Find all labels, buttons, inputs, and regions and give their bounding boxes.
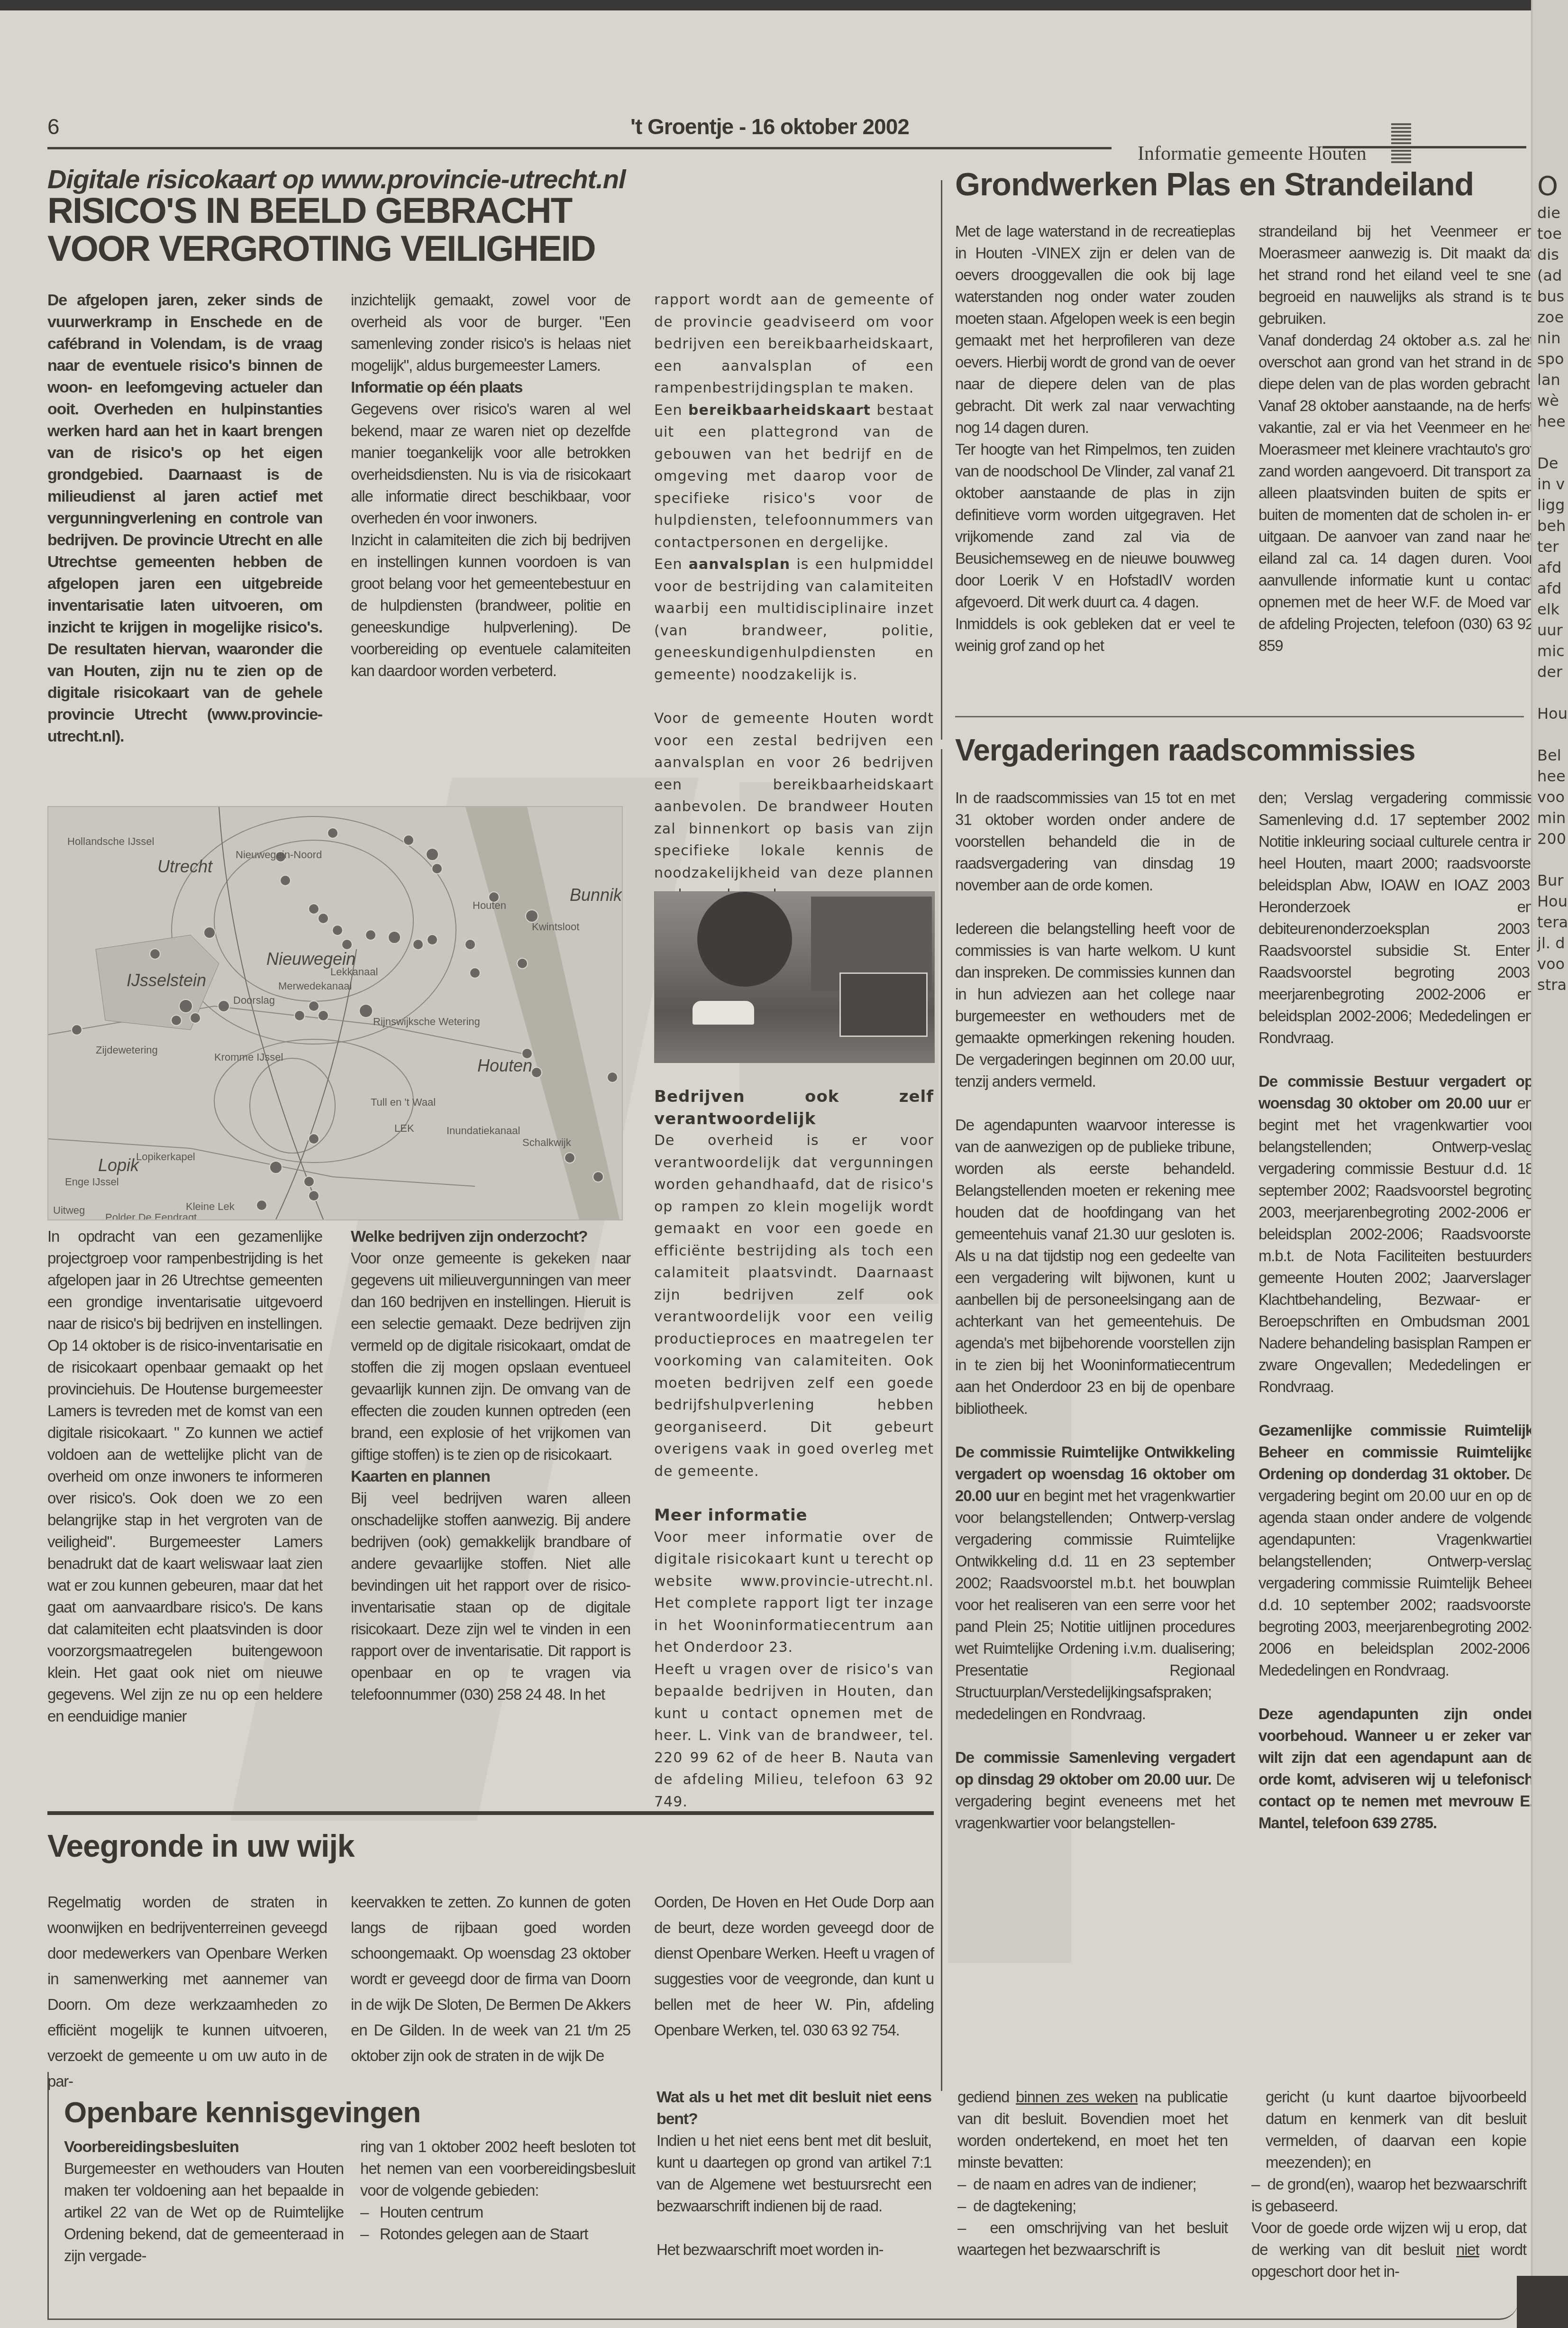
paragraph: rapport wordt aan de gemeente of de prov… xyxy=(654,289,934,400)
column-divider xyxy=(941,180,942,740)
grondwerken-column-2: strandeiland bij het Veenmeer en Moerasm… xyxy=(1258,220,1533,657)
paragraph: Inzicht in calamiteiten die zich bij bed… xyxy=(351,529,630,682)
fragment-line: voo xyxy=(1537,788,1565,806)
veegronde-column-2: keervakken te zetten. Zo kunnen de goten… xyxy=(351,1889,630,2069)
fragment-line: 200 xyxy=(1537,830,1566,848)
fragment-line: wè xyxy=(1537,392,1559,410)
map-label: Kwintsloot xyxy=(532,921,579,933)
map-label: Lopikerkapel xyxy=(136,1151,195,1163)
paragraph: Gegevens over risico's waren al wel beke… xyxy=(351,398,630,529)
map-label: IJsselstein xyxy=(127,971,206,990)
map-label: Inundatiekanaal xyxy=(447,1125,520,1137)
fragment-line: dis xyxy=(1537,246,1559,264)
paragraph: De commissie Ruimtelijke Ontwikkeling ve… xyxy=(955,1441,1235,1725)
scan-corner-shadow xyxy=(1517,2276,1568,2328)
fragment-line: Hou xyxy=(1537,705,1568,723)
map-label: Polder De Eendragt xyxy=(105,1211,197,1220)
map-label: Kromme IJssel xyxy=(214,1051,283,1063)
paragraph: Het bezwaarschrift moet worden in- xyxy=(656,2239,931,2261)
paragraph: Inmiddels is ook gebleken dat er veel te… xyxy=(955,613,1235,657)
paragraph: Voor de goede orde wijzen wij u erop, da… xyxy=(1251,2217,1526,2282)
fragment-line: Hou xyxy=(1537,892,1568,910)
kennisgevingen-column-1: Voorbereidingsbesluiten Burgemeester en … xyxy=(64,2136,344,2267)
fragment-line: nin xyxy=(1537,329,1560,347)
risico-lead: De afgelopen jaren, zeker sinds de vuurw… xyxy=(47,289,322,747)
agenda-note: Deze agendapunten zijn onder voorbehoud.… xyxy=(1258,1703,1533,1834)
list-item: – de naam en adres van de indiener; xyxy=(957,2173,1228,2195)
map-label: Bunnik xyxy=(570,885,622,905)
risico-lead-column: De afgelopen jaren, zeker sinds de vuurw… xyxy=(47,289,322,747)
fragment-line: stra xyxy=(1537,976,1567,994)
risico-column-2: inzichtelijk gemaakt, zowel voor de over… xyxy=(351,289,630,682)
fragment-line: O xyxy=(1537,171,1558,202)
raadscommissies-column-2: den; Verslag vergadering commissie Samen… xyxy=(1258,787,1533,1834)
fragment-line: hee xyxy=(1537,412,1566,431)
list-item: – Houten centrum xyxy=(360,2201,635,2223)
meeting-samenleving-heading: De commissie Samenleving vergadert op di… xyxy=(955,1749,1235,1788)
paragraph: Vanaf donderdag 24 oktober a.s. zal het … xyxy=(1258,330,1533,657)
fragment-line: afd xyxy=(1537,559,1561,577)
running-head: 't Groentje - 16 oktober 2002 xyxy=(630,114,909,139)
paragraph: Iedereen die belangstelling heeft voor d… xyxy=(955,918,1235,1092)
raadscommissies-title: Vergaderingen raadscommissies xyxy=(955,733,1415,768)
map-label: Rijnswijksche Wetering xyxy=(373,1016,480,1028)
subheading: Informatie op één plaats xyxy=(351,376,630,398)
header-rule xyxy=(47,147,1112,149)
paragraph: De commissie Bestuur vergadert op woensd… xyxy=(1258,1071,1533,1398)
paragraph: Gezamenlijke commissie Ruimtelijk Beheer… xyxy=(1258,1420,1533,1681)
fire-truck-photo xyxy=(654,891,935,1063)
paragraph: Met de lage waterstand in de recreatiepl… xyxy=(955,220,1235,439)
header-rule xyxy=(1322,146,1526,148)
paragraph: De commissie Samenleving vergadert op di… xyxy=(955,1747,1235,1834)
fragment-line: bus xyxy=(1537,287,1564,305)
fragment-line: spo xyxy=(1537,350,1564,368)
fragment-line: uur xyxy=(1537,621,1563,639)
subheading: Voorbereidingsbesluiten xyxy=(64,2136,344,2158)
fragment-line: Bur xyxy=(1537,871,1563,889)
map-label: Schalkwijk xyxy=(522,1137,571,1149)
fragment-line: afd xyxy=(1537,579,1561,597)
term-aanvalsplan: aanvalsplan xyxy=(689,556,790,573)
section-rule xyxy=(955,716,1524,717)
paragraph: Oorden, De Hoven en Het Oude Dorp aan de… xyxy=(654,1889,934,2043)
paragraph: Voor meer informatie over de digitale ri… xyxy=(654,1527,934,1659)
kennisgevingen-column-5: gericht (u kunt daartoe bijvoorbeeld dat… xyxy=(1251,2086,1526,2282)
page-number: 6 xyxy=(47,114,60,139)
map-label: Tull en 't Waal xyxy=(371,1096,436,1109)
photo-tree xyxy=(697,892,792,987)
paragraph: De agendapunten waarvoor interesse is va… xyxy=(955,1114,1235,1420)
paragraph: De overheid is er voor verantwoordelijk … xyxy=(654,1130,934,1483)
map-label: Houten xyxy=(477,1056,532,1076)
paragraph: Regelmatig worden de straten in woonwijk… xyxy=(47,1889,327,2094)
fragment-line: ligg xyxy=(1537,496,1565,514)
paragraph: ring van 1 oktober 2002 heeft besloten t… xyxy=(360,2136,635,2201)
section-rule xyxy=(47,1811,934,1815)
fragment-line: die xyxy=(1537,204,1560,222)
map-label: Merwedekanaal xyxy=(278,980,352,992)
map-label: Utrecht xyxy=(157,857,212,877)
list-item: – Rotondes gelegen aan de Staart xyxy=(360,2223,635,2245)
paragraph: den; Verslag vergadering commissie Samen… xyxy=(1258,787,1533,1049)
column-divider xyxy=(941,749,942,2091)
map-label: Zijdewetering xyxy=(96,1044,158,1056)
fragment-line: in v xyxy=(1537,475,1565,493)
paragraph: keervakken te zetten. Zo kunnen de goten… xyxy=(351,1889,630,2069)
paragraph: Een bereikbaarheidskaart bestaat uit een… xyxy=(654,400,934,554)
raadscommissies-column-1: In de raadscommissies van 15 tot en met … xyxy=(955,787,1235,1834)
paragraph: Een aanvalsplan is een hulpmiddel voor d… xyxy=(654,554,934,686)
fragment-line: lan xyxy=(1537,371,1560,389)
veegronde-column-1: Regelmatig worden de straten in woonwijk… xyxy=(47,1889,327,2094)
paragraph: In opdracht van een gezamenlijke project… xyxy=(47,1226,322,1727)
paragraph: gericht (u kunt daartoe bijvoorbeeld dat… xyxy=(1251,2086,1526,2173)
photo-car xyxy=(693,1001,754,1025)
paragraph: gediend binnen zes weken na publicatie v… xyxy=(957,2086,1228,2173)
map-label: Hollandsche IJssel xyxy=(67,835,154,848)
kennisgevingen-column-3: Wat als u het met dit besluit niet eens … xyxy=(656,2086,931,2261)
map-label: Houten xyxy=(473,899,506,912)
paragraph: Voor onze gemeente is gekeken naar gegev… xyxy=(351,1247,630,1466)
fragment-line: (ad xyxy=(1537,266,1562,284)
article-headline: RISICO'S IN BEELD GEBRACHT VOOR VERGROTI… xyxy=(47,192,595,268)
headline-line-2: VOOR VERGROTING VEILIGHEID xyxy=(47,230,595,268)
houten-crest-icon xyxy=(1391,122,1411,163)
map-label: Uitweg xyxy=(53,1204,85,1217)
map-label: Lopik xyxy=(98,1155,139,1175)
risico-column-3b: Bedrijven ook zelf verantwoordelijk De o… xyxy=(654,1086,934,1813)
niet-underline: niet xyxy=(1456,2241,1479,2258)
fragment-line: min xyxy=(1537,809,1566,827)
grondwerken-column-1: Met de lage waterstand in de recreatiepl… xyxy=(955,220,1235,657)
list-item: – de dagtekening; xyxy=(957,2195,1228,2217)
list-item: – een omschrijving van het besluit waart… xyxy=(957,2217,1228,2261)
fragment-line: beh xyxy=(1537,517,1566,535)
risico-column-3: rapport wordt aan de gemeente of de prov… xyxy=(654,289,934,907)
paragraph: Bij veel bedrijven waren alleen onschade… xyxy=(351,1487,630,1705)
fragment-line: hee xyxy=(1537,767,1566,785)
grondwerken-title: Grondwerken Plas en Strandeiland xyxy=(955,166,1474,203)
subheading: Kaarten en plannen xyxy=(351,1466,630,1487)
fragment-line: zoe xyxy=(1537,308,1564,326)
veegronde-title: Veegronde in uw wijk xyxy=(47,1828,354,1864)
map-label: Enge IJssel xyxy=(65,1176,119,1188)
subheading: Welke bedrijven zijn onderzocht? xyxy=(351,1226,630,1247)
headline-line-1: RISICO'S IN BEELD GEBRACHT xyxy=(47,192,595,230)
map-label: Nieuwegein-Noord xyxy=(236,849,322,861)
risk-map: Hollandsche IJssel Utrecht Nieuwegein-No… xyxy=(47,806,623,1220)
next-page-fragment: Odietoedis(adbuszoeninspolanwèheeDein vl… xyxy=(1531,0,1568,2328)
paragraph: Ter hoogte van het Rimpelmos, ten zuiden… xyxy=(955,439,1235,613)
meeting-bestuur-heading: De commissie Bestuur vergadert op woensd… xyxy=(1258,1072,1533,1112)
paragraph: Burgemeester en wethouders van Houten ma… xyxy=(64,2158,344,2267)
risico-column-1b: In opdracht van een gezamenlijke project… xyxy=(47,1226,322,1727)
fragment-line: tera xyxy=(1537,913,1568,931)
article-kicker: Digitale risicokaart op www.provincie-ut… xyxy=(47,164,626,194)
paragraph: Heeft u vragen over de risico's van bepa… xyxy=(654,1659,934,1814)
paragraph: Voor de gemeente Houten wordt voor een z… xyxy=(654,708,934,907)
list-item: – de grond(en), waarop het bezwaarschrif… xyxy=(1251,2173,1526,2217)
fragment-line: voo xyxy=(1537,955,1565,973)
fragment-line: jl. d xyxy=(1537,934,1565,952)
paragraph: inzichtelijk gemaakt, zowel voor de over… xyxy=(351,289,630,376)
kennisgevingen-title: Openbare kennisgevingen xyxy=(64,2096,420,2129)
map-label: LEK xyxy=(394,1122,414,1135)
meeting-gezamenlijk-heading: Gezamenlijke commissie Ruimtelijk Beheer… xyxy=(1258,1421,1533,1483)
subheading: Meer informatie xyxy=(654,1504,934,1527)
subheading: Bedrijven ook zelf verantwoordelijk xyxy=(654,1086,934,1130)
fragment-line: Bel xyxy=(1537,746,1561,764)
map-label: Doorslag xyxy=(233,994,275,1007)
fragment-line: De xyxy=(1537,454,1558,472)
paragraph: Indien u het niet eens bent met dit besl… xyxy=(656,2130,931,2217)
map-label: Lekkanaal xyxy=(330,966,378,978)
fragment-line: elk xyxy=(1537,600,1559,618)
paragraph: In de raadscommissies van 15 tot en met … xyxy=(955,787,1235,896)
deadline-underline: binnen zes weken xyxy=(1016,2088,1138,2106)
risico-column-2b: Welke bedrijven zijn onderzocht? Voor on… xyxy=(351,1226,630,1705)
fragment-line: mic xyxy=(1537,642,1565,660)
kennisgevingen-column-2: ring van 1 oktober 2002 heeft besloten t… xyxy=(360,2136,635,2245)
paragraph: strandeiland bij het Veenmeer en Moerasm… xyxy=(1258,220,1533,330)
term-bereikbaarheidskaart: bereikbaarheidskaart xyxy=(688,402,871,419)
subheading: Wat als u het met dit besluit niet eens … xyxy=(656,2086,931,2130)
fragment-line: der xyxy=(1537,663,1562,681)
fragment-line: ter xyxy=(1537,538,1559,556)
kennisgevingen-column-4: gediend binnen zes weken na publicatie v… xyxy=(957,2086,1228,2261)
veegronde-column-3: Oorden, De Hoven en Het Oude Dorp aan de… xyxy=(654,1889,934,2043)
photo-fire-truck xyxy=(839,972,928,1037)
scan-top-edge xyxy=(0,0,1568,10)
fragment-line: toe xyxy=(1537,225,1562,243)
